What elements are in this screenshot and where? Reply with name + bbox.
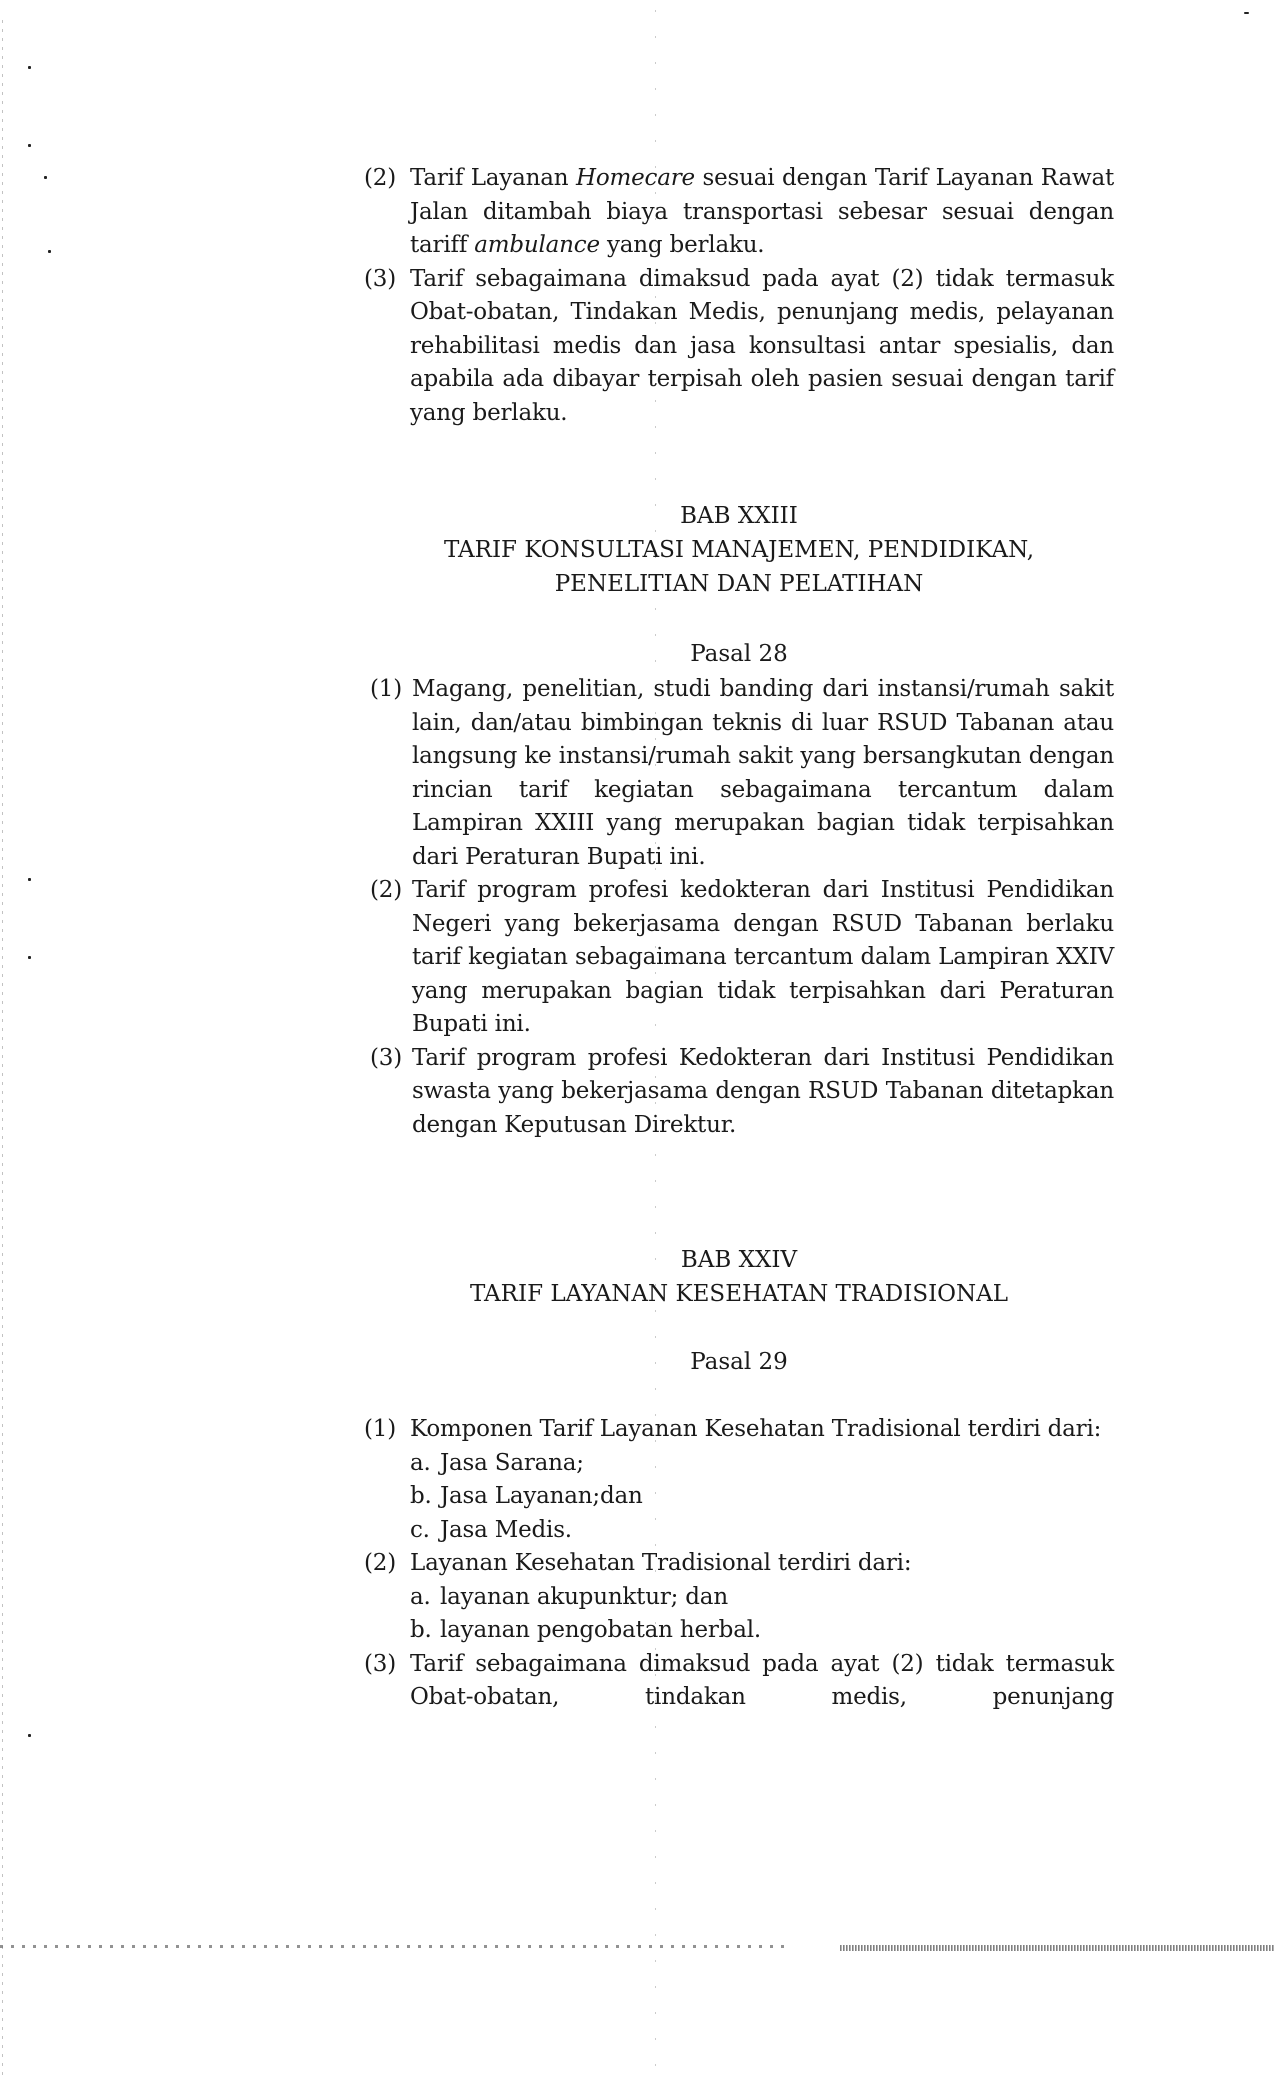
scan-speck [28, 878, 31, 881]
continued-section: (2) Tarif Layanan Homecare sesuai dengan… [364, 162, 1114, 430]
item-text: Tarif program profesi Kedokteran dari In… [412, 1042, 1114, 1143]
paragraph-item: (2) Layanan Kesehatan Tradisional terdir… [364, 1547, 1114, 1648]
sub-item-letter: c. [410, 1514, 430, 1548]
item-text: Tarif program profesi kedokteran dari In… [412, 874, 1114, 1042]
item-number: (3) [370, 1042, 402, 1076]
item-number: (1) [364, 1413, 396, 1447]
article-heading: Pasal 29 [364, 1346, 1114, 1380]
scanned-document-page: (2) Tarif Layanan Homecare sesuai dengan… [0, 0, 1274, 2098]
paragraph-item: (3) Tarif program profesi Kedokteran dar… [370, 1042, 1114, 1143]
item-number: (1) [370, 673, 402, 707]
chapter-title-line1: TARIF KONSULTASI MANAJEMEN, PENDIDIKAN, [364, 534, 1114, 568]
scan-speck [48, 250, 51, 253]
chapter-title-line2: PENELITIAN DAN PELATIHAN [364, 568, 1114, 602]
scan-speck [28, 1734, 31, 1737]
item-text: Tarif sebagaimana dimaksud pada ayat (2)… [410, 263, 1114, 431]
sub-item-letter: a. [410, 1581, 431, 1615]
sub-item-text: Jasa Layanan;dan [440, 1483, 643, 1509]
item-number: (3) [364, 1648, 396, 1682]
item-text: Magang, penelitian, studi banding dari i… [412, 673, 1114, 874]
item-text: Tarif sebagaimana dimaksud pada ayat (2)… [410, 1648, 1114, 1715]
sub-item-letter: b. [410, 1480, 432, 1514]
item-text: Layanan Kesehatan Tradisional terdiri da… [410, 1547, 1114, 1581]
sub-item-text: Jasa Sarana; [440, 1450, 584, 1476]
paragraph-item: (1) Magang, penelitian, studi banding da… [370, 673, 1114, 874]
item-text: Tarif Layanan Homecare sesuai dengan Tar… [410, 162, 1114, 263]
scan-speck [1244, 12, 1249, 14]
item-number: (3) [364, 263, 396, 297]
paragraph-item: (3) Tarif sebagaimana dimaksud pada ayat… [364, 1648, 1114, 1715]
chapter-title: TARIF LAYANAN KESEHATAN TRADISIONAL [364, 1278, 1114, 1312]
scan-line-artifact [0, 1945, 790, 1948]
chapter-heading: BAB XXIV [364, 1244, 1114, 1278]
sub-item-text: Jasa Medis. [440, 1517, 572, 1543]
paragraph-item: (1) Komponen Tarif Layanan Kesehatan Tra… [364, 1413, 1114, 1547]
item-text: Komponen Tarif Layanan Kesehatan Tradisi… [410, 1413, 1114, 1447]
scan-speck [44, 176, 47, 179]
sub-item: a.Jasa Sarana; [410, 1447, 1114, 1481]
sub-item-letter: a. [410, 1447, 431, 1481]
sub-item: a.layanan akupunktur; dan [410, 1581, 1114, 1615]
paragraph-item: (2) Tarif Layanan Homecare sesuai dengan… [364, 162, 1114, 263]
paragraph-item: (3) Tarif sebagaimana dimaksud pada ayat… [364, 263, 1114, 431]
scan-edge-artifact [2, 20, 3, 2080]
article-28-body: (1) Magang, penelitian, studi banding da… [370, 673, 1114, 1142]
scan-speck [28, 956, 31, 959]
sub-item: c.Jasa Medis. [410, 1514, 1114, 1548]
scan-line-artifact [840, 1945, 1274, 1951]
sub-item: b.Jasa Layanan;dan [410, 1480, 1114, 1514]
item-number: (2) [370, 874, 402, 908]
chapter-heading: BAB XXIII [364, 500, 1114, 534]
item-number: (2) [364, 1547, 396, 1581]
sub-item-letter: b. [410, 1614, 432, 1648]
scan-speck [28, 66, 31, 69]
paragraph-item: (2) Tarif program profesi kedokteran dar… [370, 874, 1114, 1042]
scan-speck [28, 144, 31, 147]
sub-item: b.layanan pengobatan herbal. [410, 1614, 1114, 1648]
sub-item-text: layanan pengobatan herbal. [440, 1617, 761, 1643]
item-number: (2) [364, 162, 396, 196]
sub-item-text: layanan akupunktur; dan [440, 1584, 728, 1610]
article-29-body: (1) Komponen Tarif Layanan Kesehatan Tra… [364, 1413, 1114, 1715]
article-heading: Pasal 28 [364, 638, 1114, 672]
